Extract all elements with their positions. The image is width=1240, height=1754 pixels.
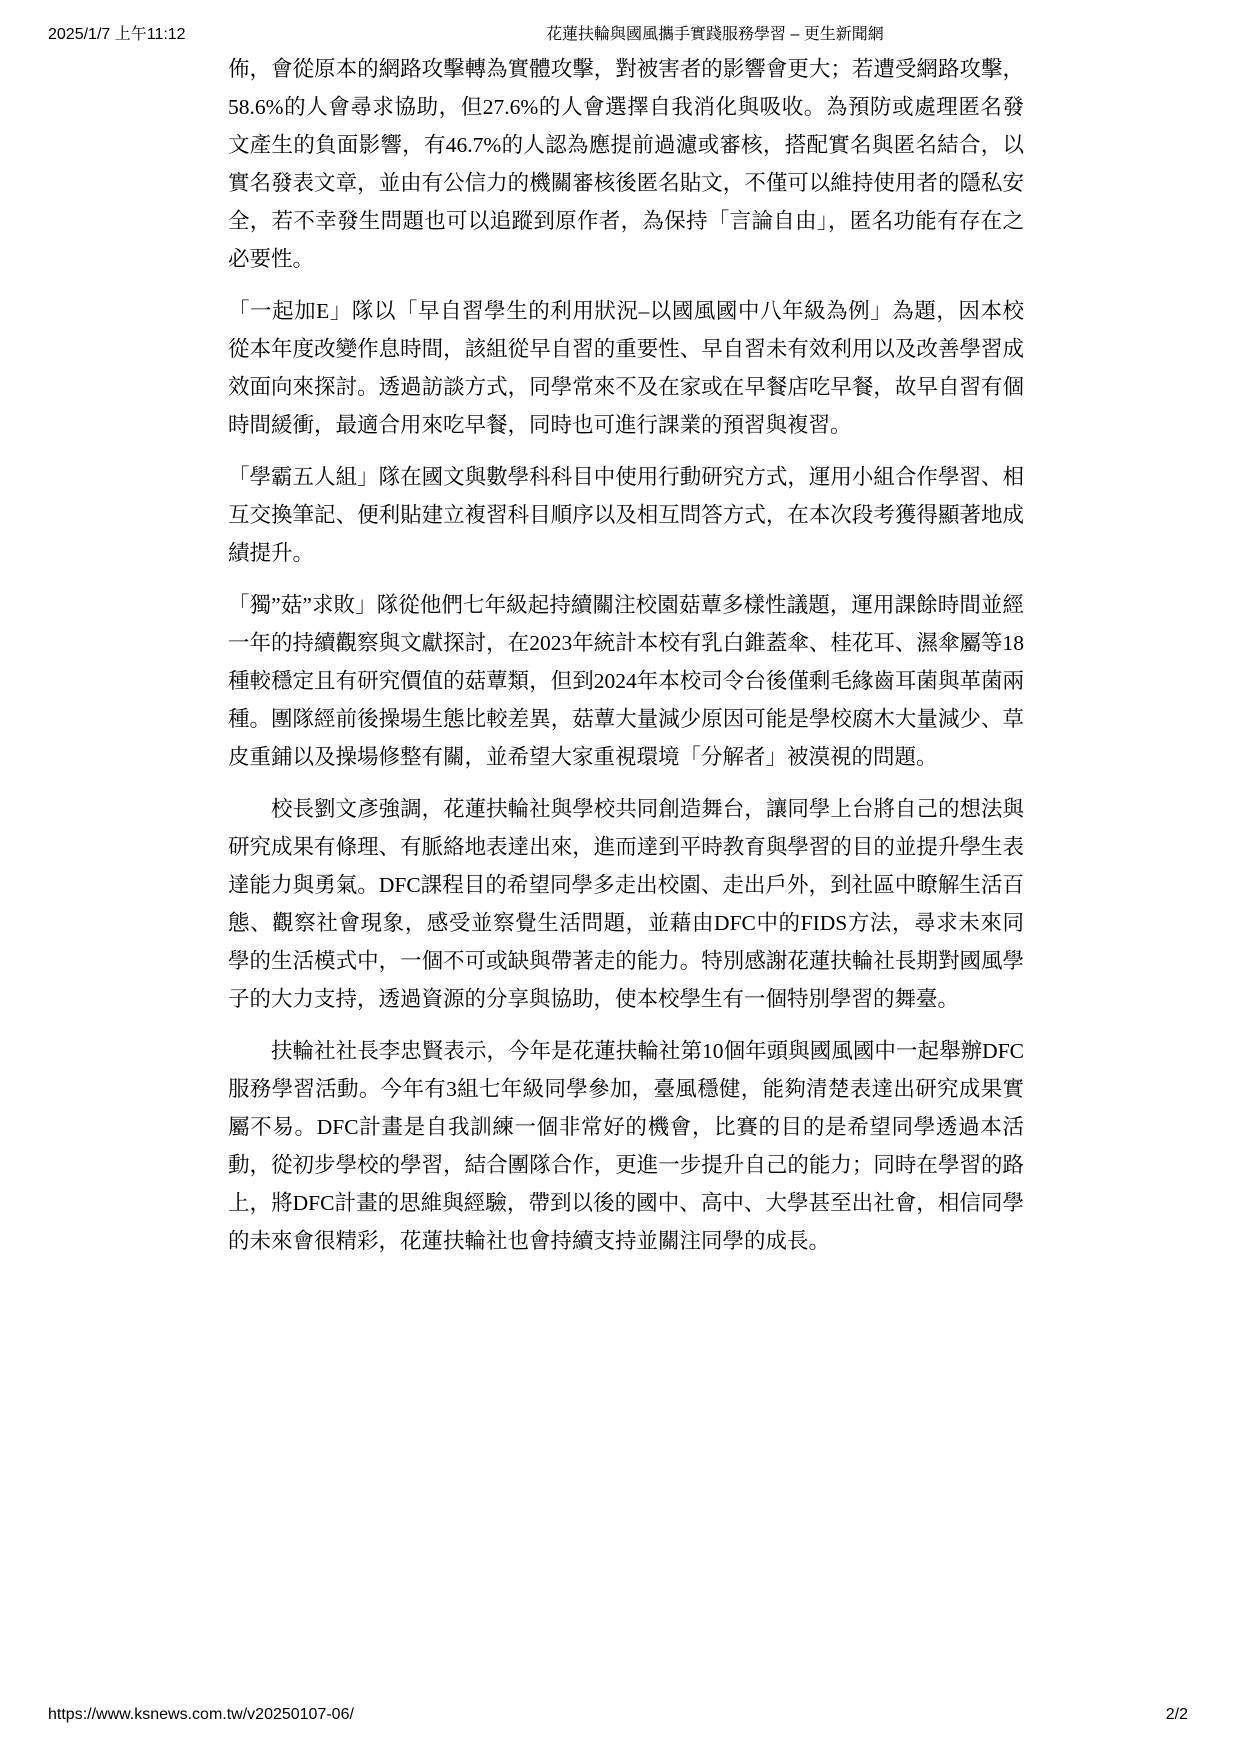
printed-page: 2025/1/7 上午11:12 花蓮扶輪與國風攜手實踐服務學習 – 更生新聞網… xyxy=(0,0,1240,1754)
article-paragraph: 「學霸五人組」隊在國文與數學科科目中使用行動研究方式，運用小組合作學習、相互交換… xyxy=(228,458,1024,572)
article-paragraph: 佈，會從原本的網路攻擊轉為實體攻擊，對被害者的影響會更大；若遭受網路攻擊，58.… xyxy=(228,50,1024,278)
print-datetime: 2025/1/7 上午11:12 xyxy=(48,26,186,44)
article-paragraph: 扶輪社社長李忠賢表示，今年是花蓮扶輪社第10個年頭與國風國中一起舉辦DFC服務學… xyxy=(228,1032,1024,1260)
source-url: https://www.ksnews.com.tw/v20250107-06/ xyxy=(48,1706,354,1724)
page-number: 2/2 xyxy=(1166,1706,1188,1724)
document-title: 花蓮扶輪與國風攜手實踐服務學習 – 更生新聞網 xyxy=(546,26,884,44)
article-paragraph: 「一起加E」隊以「早自習學生的利用狀況–以國風國中八年級為例」為題，因本校從本年… xyxy=(228,292,1024,444)
article-paragraph: 校長劉文彥強調，花蓮扶輪社與學校共同創造舞台，讓同學上台將自己的想法與研究成果有… xyxy=(228,790,1024,1018)
article-paragraph: 「獨”菇”求敗」隊從他們七年級起持續關注校園菇蕈多樣性議題，運用課餘時間並經一年… xyxy=(228,586,1024,776)
article-body: 佈，會從原本的網路攻擊轉為實體攻擊，對被害者的影響會更大；若遭受網路攻擊，58.… xyxy=(228,50,1024,1274)
